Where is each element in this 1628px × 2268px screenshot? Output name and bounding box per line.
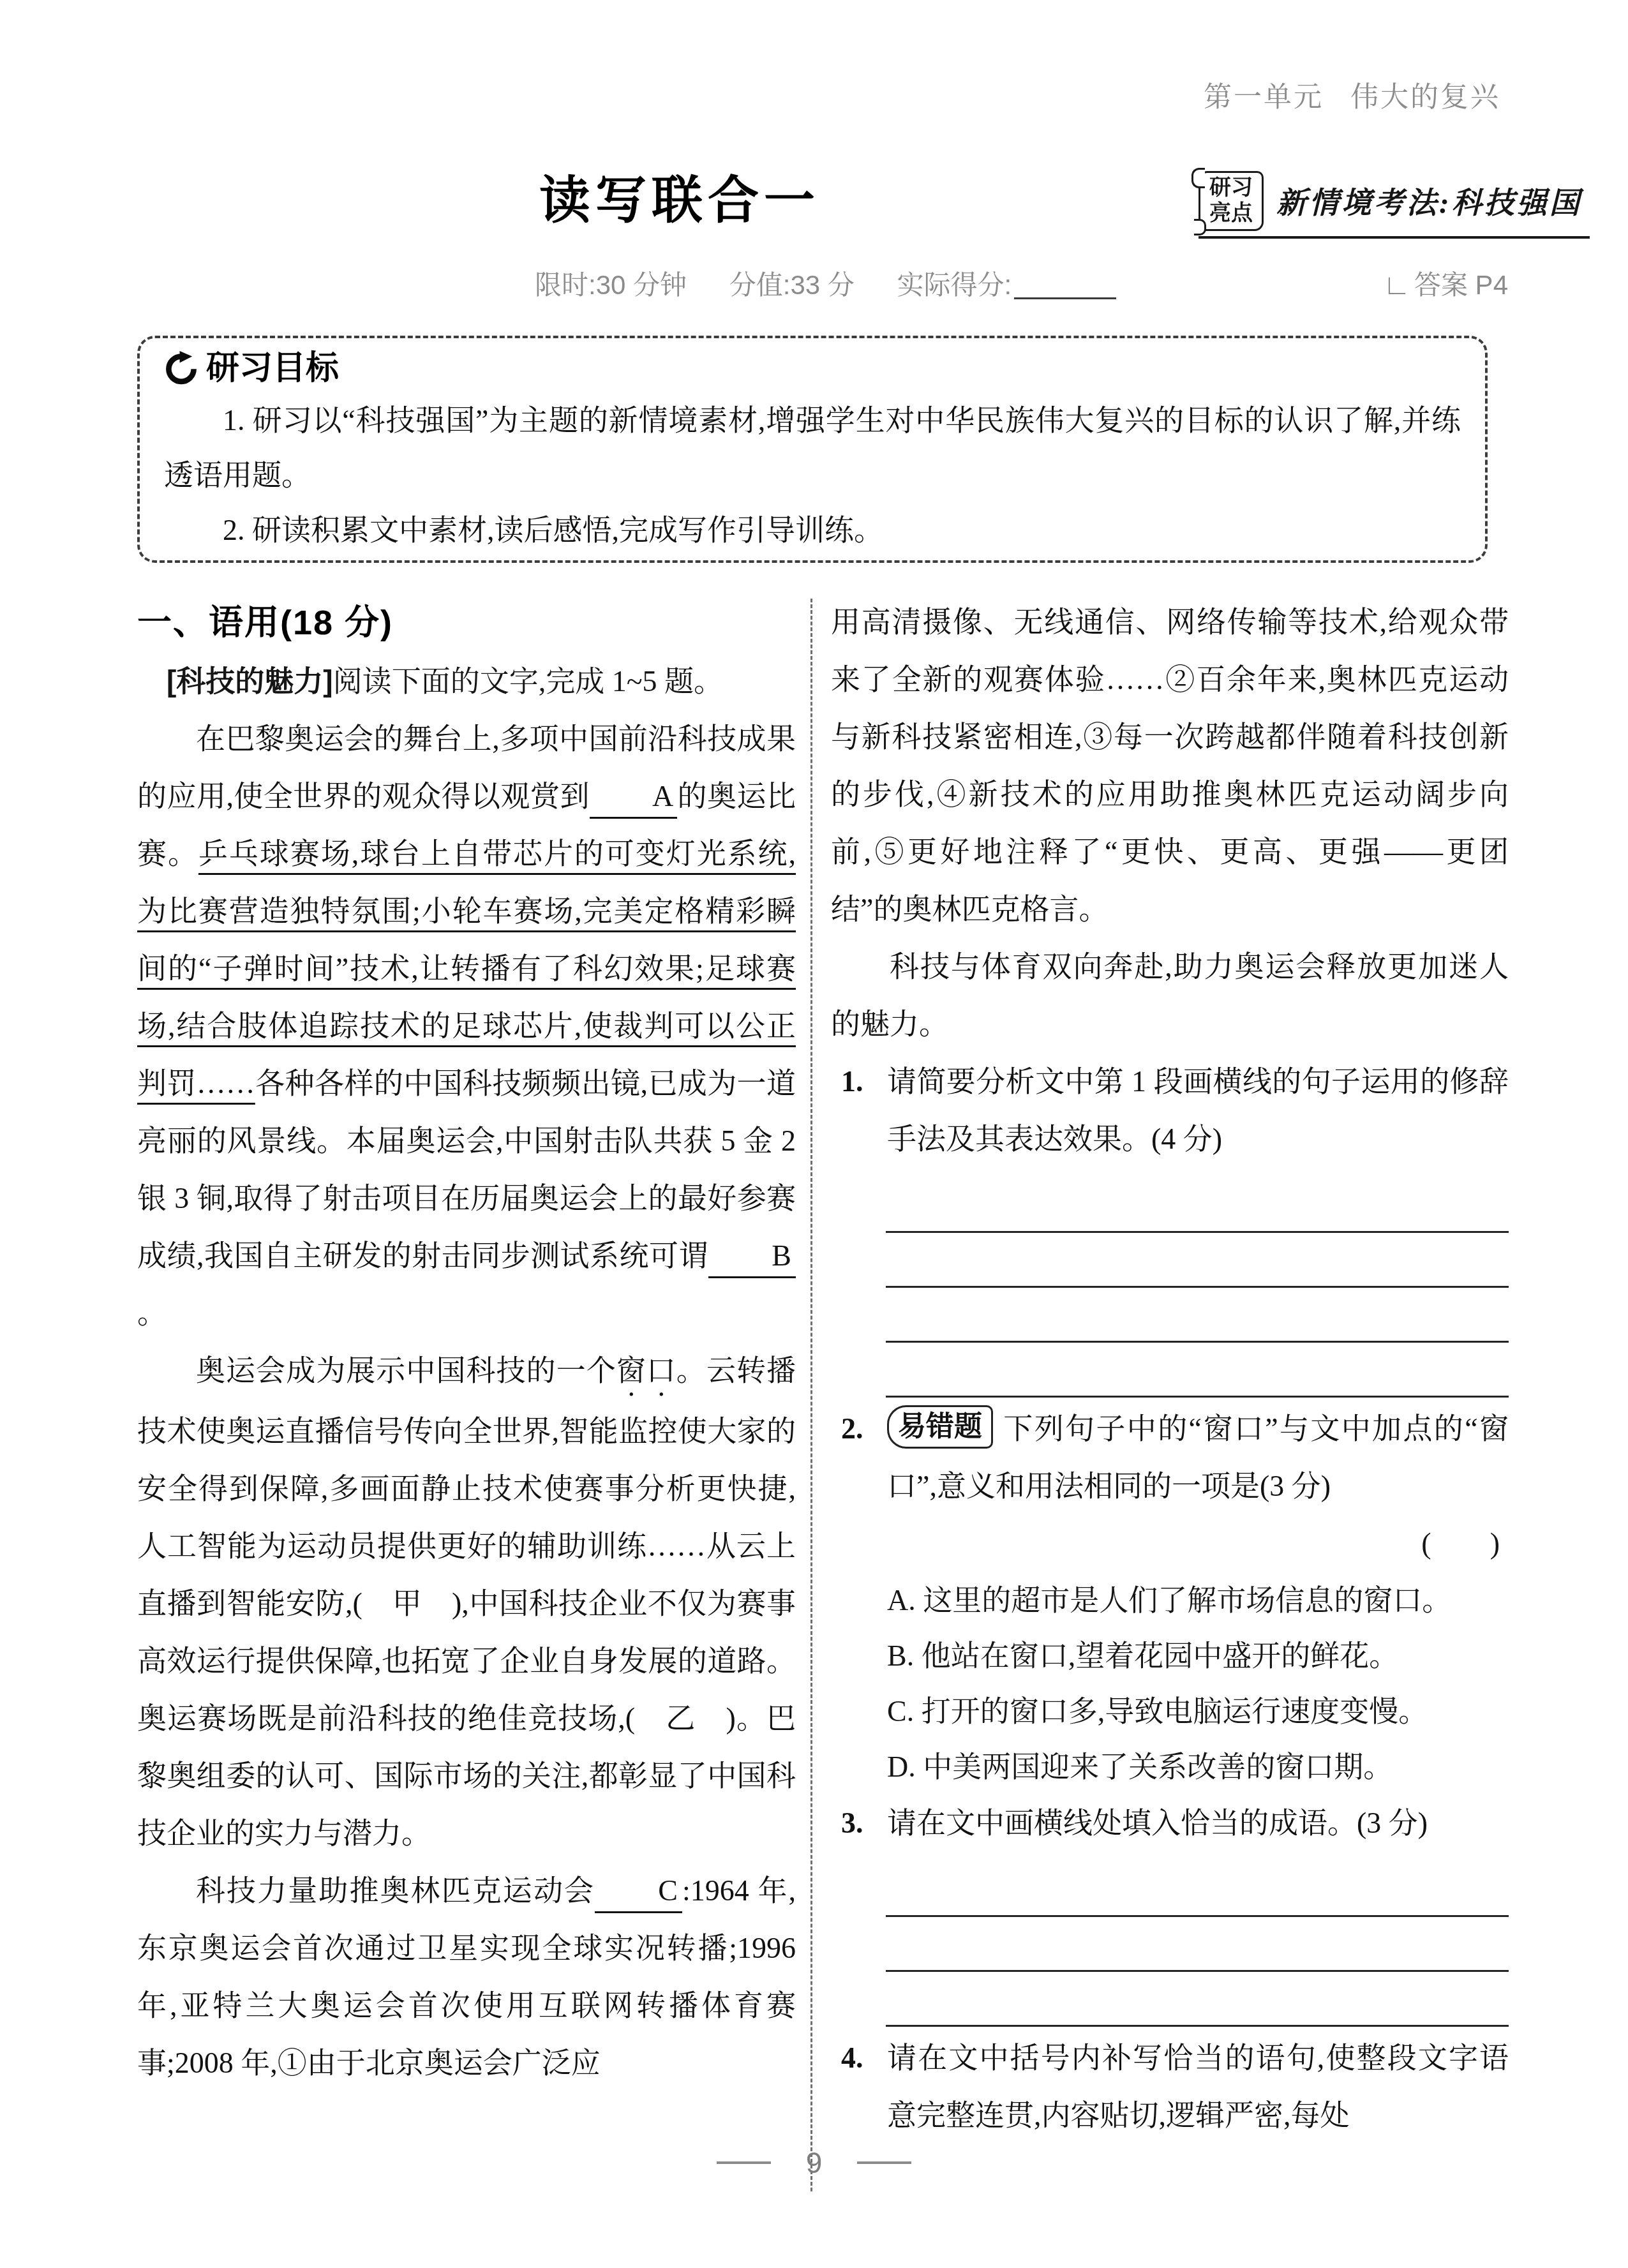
question-1: 1.请简要分析文中第 1 段画横线的句子运用的修辞手法及其表达效果。(4 分) [831,1053,1509,1168]
goal-item: 2. 研读积累文中素材,读后感悟,完成写作引导训练。 [164,503,1461,558]
unit-title: 伟大的复兴 [1350,82,1500,113]
page-number-dash [717,2161,771,2164]
answer-line [886,1288,1509,1343]
time-limit: 限时:30 分钟 [535,270,687,300]
study-goal-box: 研习目标 1. 研习以“科技强国”为主题的新情境素材,增强学生对中华民族伟大复兴… [137,336,1488,563]
page-title: 读写联合一 [137,174,1222,228]
goal-heading: 研习目标 [206,347,339,389]
column-divider [810,599,812,2191]
question-4-text: 请在文中括号内补写恰当的语句,使整段文字语意完整连贯,内容贴切,逻辑严密,每处 [887,2041,1509,2131]
badge-text: 新情境考法:科技强国 [1264,179,1590,223]
passage-paragraph-3-cont: 用高清摄像、无线通信、网络传输等技术,给观众带来了全新的观赛体验……②百余年来,… [831,593,1509,938]
p2-emphasized-word: 窗口 [616,1354,676,1387]
answer-ref-text: 答案 P4 [1414,270,1508,300]
question-4: 4.请在文中括号内补写恰当的语句,使整段文字语意完整连贯,内容贴切,逻辑严密,每… [831,2029,1509,2144]
question-1-number: 1. [841,1053,863,1110]
page-number-row: 9 [0,2145,1628,2180]
question-3-answer-lines [831,1862,1509,2027]
answer-pointer-icon: ∟ [1383,269,1410,301]
reading-passage: 在巴黎奥运会的舞台上,多项中国前沿科技成果的应用,使全世界的观众得以观赏到A的奥… [137,710,796,2092]
unit-header: 第一单元伟大的复兴 [1204,74,1500,115]
highlight-badge: 研习 亮点 新情境考法:科技强国 [1199,171,1590,239]
blank-c: C [595,1872,682,1913]
passage-paragraph-4: 科技与体育双向奔赴,助力奥运会释放更加迷人的魅力。 [831,938,1509,1053]
unit-label: 第一单元 [1204,82,1324,113]
section-heading: 一、语用(18 分) [137,593,796,652]
page-number: 9 [806,2146,823,2179]
refresh-circle-icon [164,351,198,385]
option-b: B. 他站在窗口,望着花园中盛开的鲜花。 [887,1628,1509,1683]
option-c: C. 打开的窗口多,导致电脑运行速度变慢。 [887,1683,1509,1739]
scroll-icon: 研习 亮点 [1199,171,1264,231]
answer-line [886,1233,1509,1288]
page-number-dash [857,2161,911,2164]
p1-end: 。 [137,1297,167,1329]
p2-before: 奥运会成为展示中国科技的一个 [196,1354,616,1387]
meta-info: 限时:30 分钟 分值:33 分 实际得分: [535,264,1116,302]
question-3-number: 3. [841,1794,863,1852]
question-3-text: 请在文中画横线处填入恰当的成语。(3 分) [887,1807,1428,1839]
right-column: 用高清摄像、无线通信、网络传输等技术,给观众带来了全新的观赛体验……②百余年来,… [831,593,1509,2144]
question-3: 3.请在文中画横线处填入恰当的成语。(3 分) [831,1794,1509,1852]
passage-paragraph-3: 科技力量助推奥林匹克运动会C:1964 年,东京奥运会首次通过卫星实现全球实况转… [137,1862,796,2092]
goal-items: 1. 研习以“科技强国”为主题的新情境素材,增强学生对中华民族伟大复兴的目标的认… [164,393,1461,558]
blank-a: A [590,777,677,819]
passage-paragraph-2: 奥运会成为展示中国科技的一个窗口。云转播技术使奥运直播信号传向全世界,智能监控使… [137,1342,796,1862]
goal-heading-row: 研习目标 [164,347,1461,389]
question-2: 2.易错题下列句子中的“窗口”与文中加点的“窗口”,意义和用法相同的一项是(3 … [831,1400,1509,1515]
answer-line [886,1178,1509,1233]
question-2-answer-bracket: ( ) [831,1515,1509,1572]
option-d: D. 中美两国迎来了关系改善的窗口期。 [887,1739,1509,1794]
passage-intro: [科技的魅力]阅读下面的文字,完成 1~5 题。 [137,652,796,710]
answer-reference: ∟答案 P4 [1383,264,1508,302]
question-2-options: A. 这里的超市是人们了解市场信息的窗口。 B. 他站在窗口,望着花园中盛开的鲜… [831,1572,1509,1794]
question-2-number: 2. [841,1400,863,1458]
p3-before: 科技力量助推奥林匹克运动会 [196,1874,595,1907]
p2-after: 。云转播技术使奥运直播信号传向全世界,智能监控使大家的安全得到保障,多画面静止技… [137,1354,796,1849]
reading-passage-continued: 用高清摄像、无线通信、网络传输等技术,给观众带来了全新的观赛体验……②百余年来,… [831,593,1509,1053]
passage-topic-tag: [科技的魅力] [167,664,333,698]
question-4-number: 4. [841,2029,863,2087]
badge-scroll-line2: 亮点 [1200,201,1262,227]
p1-underlined-sentence: 乒乓球赛场,球台上自带芯片的可变灯光系统,为比赛营造独特氛围;小轮车赛场,完美定… [137,837,796,1100]
question-1-text: 请简要分析文中第 1 段画横线的句子运用的修辞手法及其表达效果。(4 分) [887,1065,1509,1155]
passage-intro-rest: 阅读下面的文字,完成 1~5 题。 [333,665,723,698]
left-column: 一、语用(18 分) [科技的魅力]阅读下面的文字,完成 1~5 题。 在巴黎奥… [137,593,796,2092]
answer-line [886,1972,1509,2027]
goal-item: 1. 研习以“科技强国”为主题的新情境素材,增强学生对中华民族伟大复兴的目标的认… [164,393,1461,503]
workbook-page: { "page": { "unit_label": "第一单元", "unit_… [0,0,1628,2268]
blank-b: B [708,1237,796,1278]
answer-line [886,1917,1509,1972]
actual-score-label: 实际得分: [897,270,1012,300]
total-score: 分值:33 分 [729,270,855,300]
error-prone-label: 易错题 [887,1405,993,1449]
badge-scroll-line1: 研习 [1200,175,1262,201]
answer-line [886,1862,1509,1917]
option-a: A. 这里的超市是人们了解市场信息的窗口。 [887,1572,1509,1628]
passage-paragraph-1: 在巴黎奥运会的舞台上,多项中国前沿科技成果的应用,使全世界的观众得以观赏到A的奥… [137,710,796,1342]
actual-score-blank [1014,268,1116,299]
answer-line [886,1343,1509,1398]
meta-row: 限时:30 分钟 分值:33 分 实际得分: ∟答案 P4 [0,264,1628,302]
question-1-answer-lines [831,1178,1509,1398]
